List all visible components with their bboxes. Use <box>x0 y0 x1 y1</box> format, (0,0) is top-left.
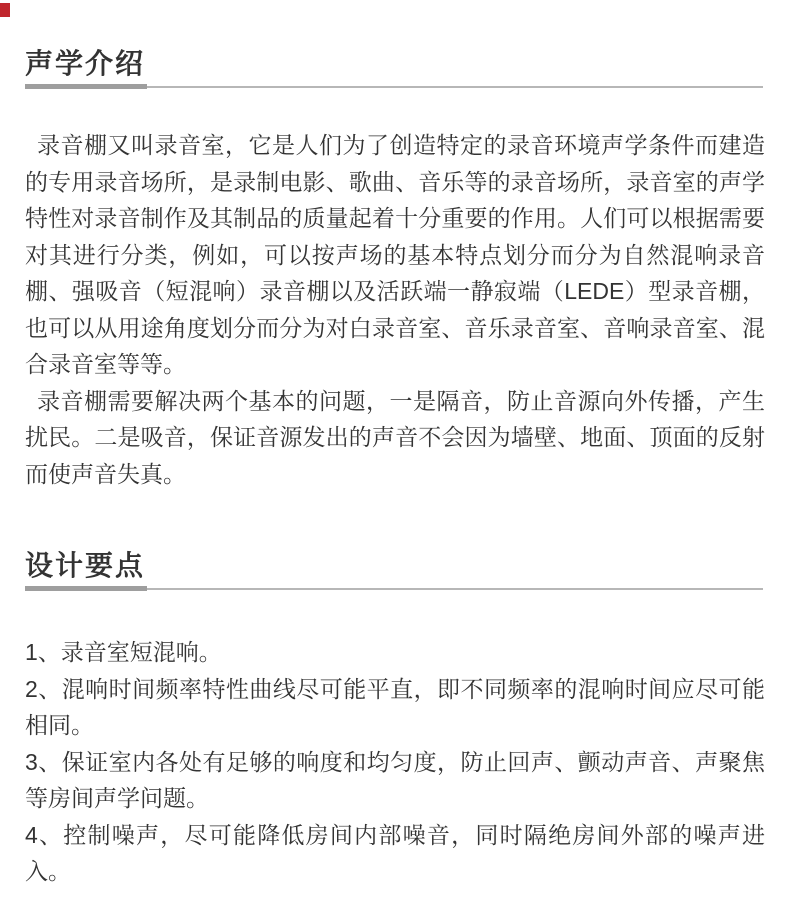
heading-underline <box>25 586 765 592</box>
corner-red-mark <box>0 3 10 17</box>
section-heading-design-points: 设计要点 <box>25 550 765 582</box>
heading-underline-thick <box>25 586 147 591</box>
section-design-points: 设计要点 1、录音室短混响。 2、混响时间频率特性曲线尽可能平直，即不同频率的混… <box>25 550 765 890</box>
design-point-item-1: 1、录音室短混响。 <box>25 634 765 671</box>
design-points-list: 1、录音室短混响。 2、混响时间频率特性曲线尽可能平直，即不同频率的混响时间应尽… <box>25 634 765 890</box>
section-acoustics-intro: 声学介绍 录音棚又叫录音室，它是人们为了创造特定的录音环境声学条件而建造的专用录… <box>25 48 765 492</box>
design-point-item-3: 3、保证室内各处有足够的响度和均匀度，防止回声、颤动声音、声聚焦等房间声学问题。 <box>25 744 765 817</box>
heading-underline <box>25 84 765 90</box>
intro-paragraphs: 录音棚又叫录音室，它是人们为了创造特定的录音环境声学条件而建造的专用录音场所，是… <box>25 127 765 492</box>
design-point-item-4: 4、控制噪声，尽可能降低房间内部噪音，同时隔绝房间外部的噪声进入。 <box>25 817 765 890</box>
document-page: 声学介绍 录音棚又叫录音室，它是人们为了创造特定的录音环境声学条件而建造的专用录… <box>0 0 790 914</box>
intro-paragraph-1: 录音棚又叫录音室，它是人们为了创造特定的录音环境声学条件而建造的专用录音场所，是… <box>25 127 765 383</box>
page-content: 声学介绍 录音棚又叫录音室，它是人们为了创造特定的录音环境声学条件而建造的专用录… <box>0 0 790 890</box>
intro-paragraph-2: 录音棚需要解决两个基本的问题，一是隔音，防止音源向外传播，产生扰民。二是吸音，保… <box>25 383 765 493</box>
section-heading-acoustics-intro: 声学介绍 <box>25 48 765 80</box>
heading-underline-thick <box>25 84 147 89</box>
design-point-item-2: 2、混响时间频率特性曲线尽可能平直，即不同频率的混响时间应尽可能相同。 <box>25 671 765 744</box>
